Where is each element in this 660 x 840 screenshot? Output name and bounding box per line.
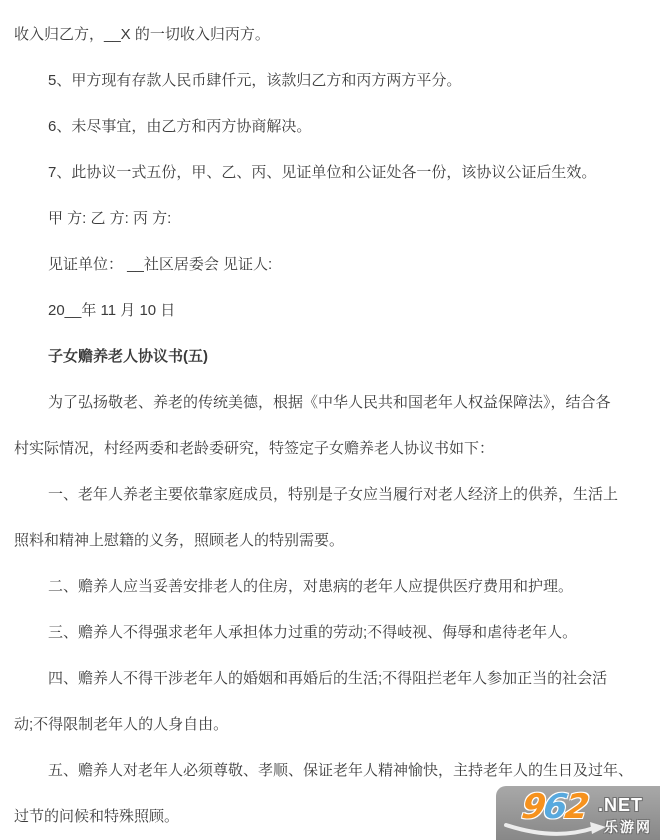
document-line: 6、未尽事宜，由乙方和丙方协商解决。: [14, 104, 646, 150]
document-line: 二、赡养人应当妥善安排老人的住房，对患病的老年人应提供医疗费用和护理。: [14, 564, 646, 610]
document-line: 20__年 11 月 10 日: [14, 288, 646, 334]
logo-site-name: 乐游网: [604, 817, 652, 837]
site-logo-watermark: 962 .NET 乐游网: [496, 786, 660, 840]
document-line: 四、赡养人不得干涉老年人的婚姻和再婚后的生活;不得阻拦老年人参加正当的社会活: [14, 656, 646, 702]
document-line: 三、赡养人不得强求老年人承担体力过重的劳动;不得岐视、侮辱和虐待老年人。: [14, 610, 646, 656]
logo-962: 962: [520, 790, 590, 824]
document-line: 7、此协议一式五份，甲、乙、丙、见证单位和公证处各一份，该协议公证后生效。: [14, 150, 646, 196]
swoosh-arrow-icon: [502, 822, 608, 838]
document-line: 照料和精神上慰籍的义务，照顾老人的特别需要。: [14, 518, 646, 564]
logo-digit: 2: [563, 787, 590, 827]
document-line: 收入归乙方，__X 的一切收入归丙方。: [14, 12, 646, 58]
document-line: 村实际情况，村经两委和老龄委研究，特签定子女赡养老人协议书如下：: [14, 426, 646, 472]
document-body: 收入归乙方，__X 的一切收入归丙方。 5、甲方现有存款人民币肆仟元，该款归乙方…: [0, 0, 660, 840]
document-line: 动;不得限制老年人的人身自由。: [14, 702, 646, 748]
document-line: 一、老年人养老主要依靠家庭成员，特别是子女应当履行对老人经济上的供养，生活上: [14, 472, 646, 518]
document-line: 为了弘扬敬老、养老的传统美德，根据《中华人民共和国老年人权益保障法》，结合各: [14, 380, 646, 426]
document-title: 子女赡养老人协议书(五): [14, 334, 646, 380]
logo-net-label: .NET: [598, 795, 643, 816]
document-line: 5、甲方现有存款人民币肆仟元，该款归乙方和丙方两方平分。: [14, 58, 646, 104]
document-line: 甲 方: 乙 方: 丙 方:: [14, 196, 646, 242]
document-line: 见证单位： __社区居委会 见证人:: [14, 242, 646, 288]
